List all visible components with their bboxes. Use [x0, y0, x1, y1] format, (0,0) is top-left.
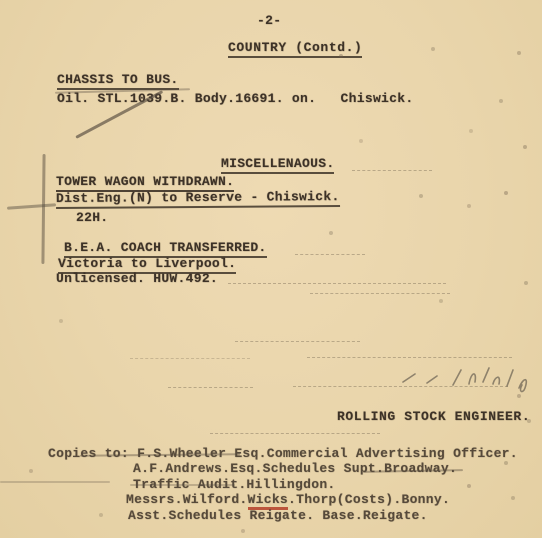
ghost-line	[235, 341, 360, 342]
chassis-entry: Oil. STL.1039.B. Body.16691. on. Chiswic…	[57, 92, 413, 106]
copies-line-5: Asst.Schedules Reigate. Base.Reigate.	[128, 509, 428, 523]
ghost-line	[352, 170, 432, 171]
chassis-title: CHASSIS TO BUS.	[57, 73, 179, 90]
pencil-margin-line-mark	[41, 154, 45, 264]
tower-wagon-number: 22H.	[76, 211, 108, 225]
pencil-margin-mark	[0, 481, 110, 483]
signoff-title: ROLLING STOCK ENGINEER.	[337, 410, 530, 424]
copies-line-4-before: Messrs.Wilford.	[126, 492, 248, 507]
copies-line-4-after: .Thorp(Costs).Bonny.	[288, 492, 450, 507]
section-heading: COUNTRY (Contd.)	[228, 41, 362, 58]
tower-wagon-detail: Dist.Eng.(N) to Reserve - Chiswick.	[56, 190, 340, 209]
ghost-line	[295, 254, 365, 255]
signature-scribble	[395, 352, 540, 397]
copies-line-2: A.F.Andrews.Esq.Schedules Supt.Broadway.	[133, 462, 457, 476]
pencil-margin-cross-mark	[7, 203, 56, 209]
misc-heading: MISCELLENAOUS.	[221, 157, 334, 174]
ghost-line	[310, 293, 450, 294]
scanned-memo-page: -2- COUNTRY (Contd.) CHASSIS TO BUS. Oil…	[0, 0, 542, 538]
page-number: -2-	[257, 14, 281, 28]
pencil-strikethrough-mark	[130, 484, 235, 486]
copies-line-4: Messrs.Wilford.Wicks.Thorp(Costs).Bonny.	[126, 493, 450, 507]
ghost-line	[228, 283, 446, 284]
ghost-line	[168, 387, 253, 388]
paper-speckles	[0, 0, 2, 2]
bea-coach-status: Unlicensed. HUW.492.	[56, 272, 218, 286]
ghost-line	[210, 433, 380, 434]
ghost-line	[130, 358, 250, 359]
